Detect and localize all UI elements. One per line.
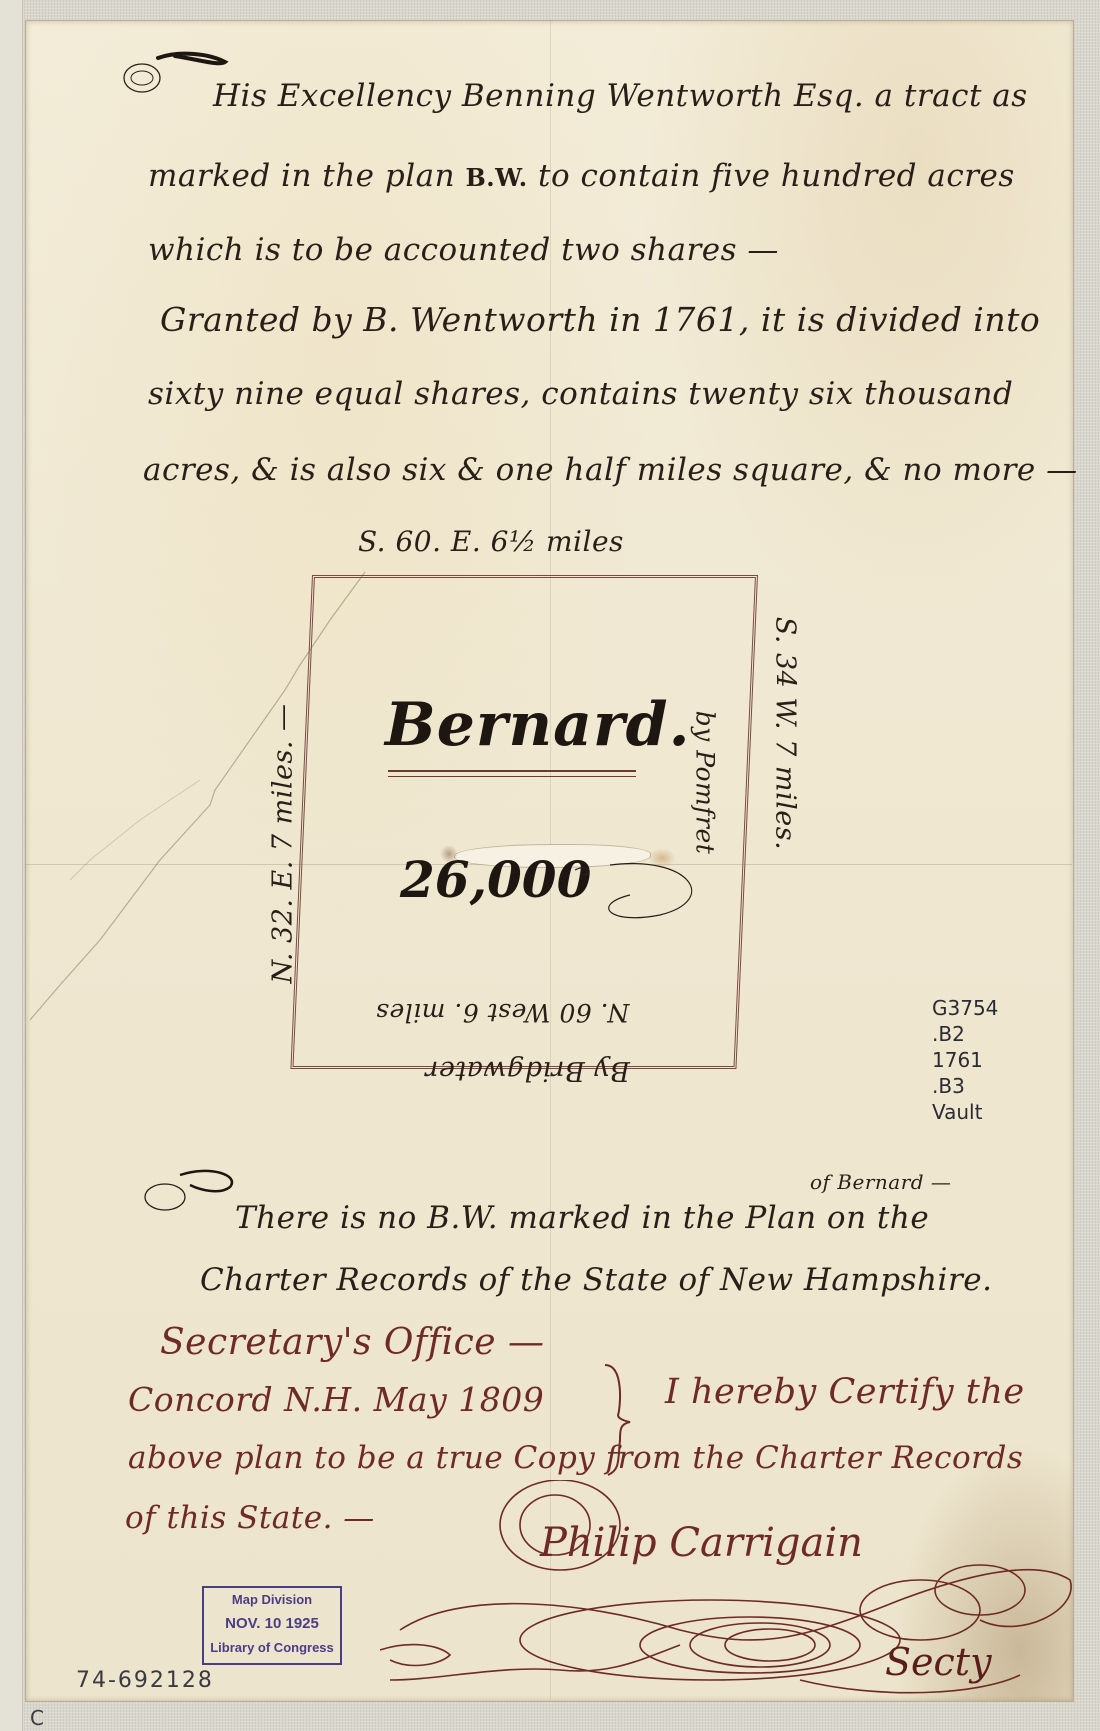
- call-number-year: 1761: [932, 1047, 998, 1073]
- plan-top-bearing: S. 60. E. 6½ miles: [358, 525, 624, 558]
- certify-line-3: of this State. —: [125, 1500, 375, 1536]
- header-line-2: marked in the plan B.W. to contain five …: [148, 158, 1015, 194]
- call-number-cutter-1: .B2: [932, 1021, 998, 1047]
- signature-title: Secty: [885, 1640, 992, 1684]
- header-line-3: which is to be accounted two shares —: [148, 232, 779, 268]
- header-line-5: sixty nine equal shares, contains twenty…: [148, 376, 1013, 412]
- note-line-2: Charter Records of the State of New Hamp…: [200, 1262, 992, 1298]
- plan-bottom-bearing: N. 60 West 6. miles: [345, 998, 660, 1027]
- library-stamp: Map Division NOV. 10 1925 Library of Con…: [202, 1586, 342, 1665]
- note-line-1: There is no B.W. marked in the Plan on t…: [235, 1200, 929, 1236]
- place-date: Concord N.H. May 1809: [128, 1380, 544, 1419]
- signature-name: Philip Carrigain: [540, 1520, 863, 1566]
- plan-boundary: [290, 575, 758, 1069]
- plan-right-neighbor: by Pomfret: [691, 688, 720, 878]
- certify-line-1: I hereby Certify the: [665, 1372, 1025, 1412]
- plan-bottom-neighbor: By Bridgwater: [395, 1055, 660, 1086]
- header-line-1: His Excellency Benning Wentworth Esq. a …: [213, 78, 1028, 114]
- acreage-flourish: [570, 860, 720, 930]
- acreage: 26,000: [400, 850, 591, 909]
- header-line-2-start: marked in the plan: [148, 158, 455, 194]
- call-number-cutter-2: .B3: [932, 1073, 998, 1099]
- plan-left-bearing: N. 32. E. 7 miles. —: [268, 689, 299, 999]
- call-number-location: Vault: [932, 1099, 998, 1125]
- mounting-backing: [0, 0, 23, 1731]
- town-name-underline: [388, 770, 636, 777]
- call-number-class: G3754: [932, 995, 998, 1021]
- catalog-number: 74-692128: [76, 1668, 214, 1693]
- corner-mark: C: [30, 1706, 44, 1730]
- certify-line-2: above plan to be a true Copy from the Ch…: [128, 1440, 1023, 1476]
- header-line-4: Granted by B. Wentworth in 1761, it is d…: [160, 300, 1040, 339]
- header-line-6: acres, & is also six & one half miles sq…: [143, 452, 1078, 488]
- secretary-office: Secretary's Office —: [160, 1322, 545, 1363]
- stamp-division: Map Division: [204, 1588, 340, 1612]
- note-line-1-end: on the: [827, 1200, 929, 1236]
- stamp-date: NOV. 10 1925: [204, 1612, 340, 1636]
- note-line-1-text: There is no B.W. marked in the Plan: [235, 1200, 817, 1236]
- town-name: Bernard.: [385, 690, 690, 760]
- plan-right-bearing: S. 34 W. 7 miles.: [770, 604, 801, 864]
- stamp-library: Library of Congress: [204, 1636, 340, 1660]
- bw-mark: B.W.: [465, 163, 527, 192]
- call-number: G3754 .B2 1761 .B3 Vault: [932, 995, 998, 1125]
- insertion-note: of Bernard —: [810, 1170, 951, 1194]
- header-line-2-end: to contain five hundred acres: [538, 158, 1015, 194]
